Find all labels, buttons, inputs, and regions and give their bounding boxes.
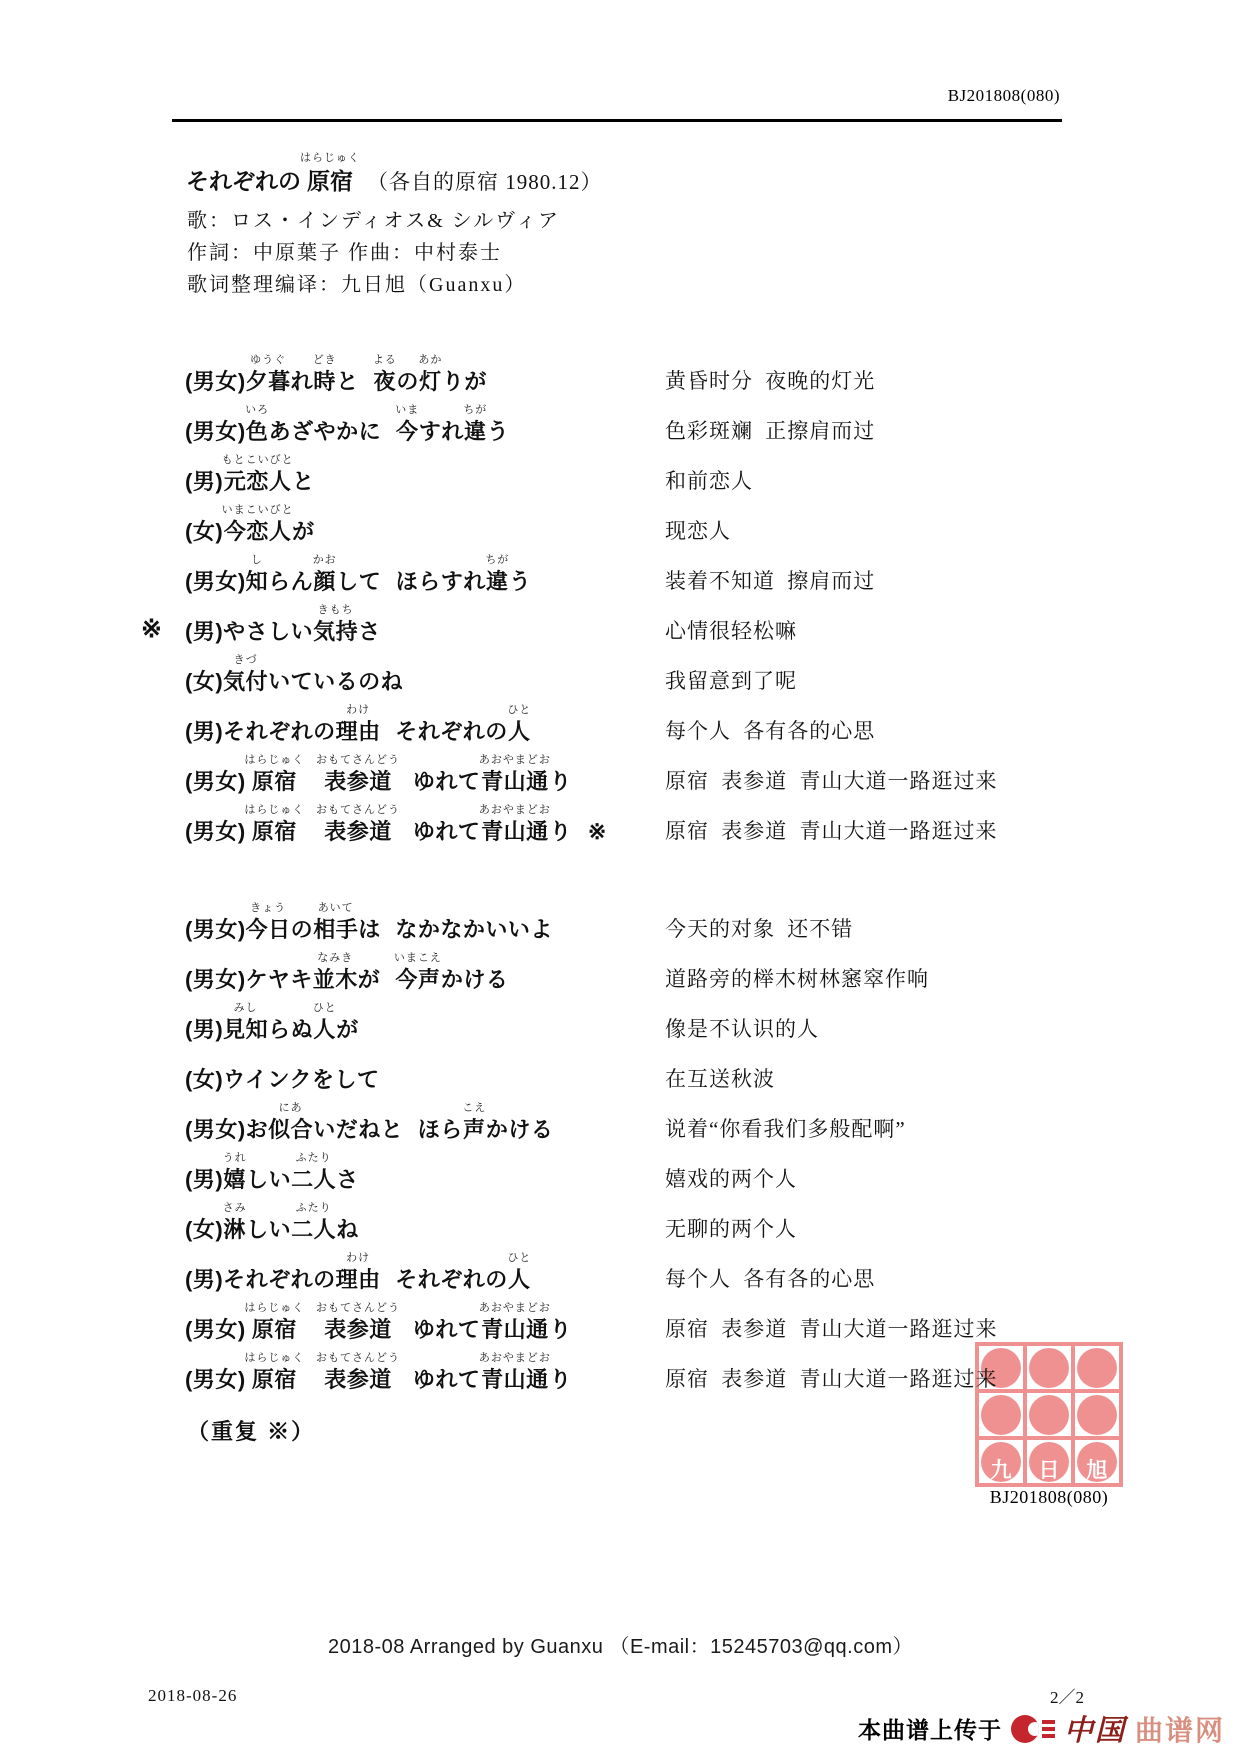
lyric-chinese: 现恋人 bbox=[665, 515, 731, 545]
lyric-chinese: 黄昏时分 夜晚的灯光 bbox=[665, 365, 875, 395]
repeat-note: （重复 ※） bbox=[187, 1415, 315, 1446]
lyric-japanese: (女)きづ気付いているのね bbox=[185, 665, 403, 696]
lyric-text-segment: かける bbox=[486, 1117, 554, 1142]
site-name-rest: 曲谱网 bbox=[1135, 1709, 1225, 1749]
lyric-chinese: 像是不认识的人 bbox=[665, 1013, 819, 1043]
lyric-text-segment: さ bbox=[336, 1167, 359, 1192]
ruby-segment: あおやまどお青山通 bbox=[480, 1363, 549, 1394]
stamp-cell bbox=[1027, 1393, 1071, 1436]
stamp-dot bbox=[1029, 1395, 1069, 1435]
furigana: おもてさんどう bbox=[316, 751, 400, 767]
lyric-text-segment: しい bbox=[246, 1217, 291, 1242]
lyric-text-segment: らぬ bbox=[268, 1017, 313, 1042]
ruby-segment: みし見知 bbox=[223, 1013, 268, 1044]
lyric-text-segment: (女) bbox=[185, 519, 223, 544]
stamp-code: BJ201808(080) bbox=[967, 1487, 1131, 1508]
lyric-text-segment: う bbox=[509, 569, 532, 594]
furigana: いまこいびと bbox=[222, 501, 294, 517]
furigana: おもてさんどう bbox=[316, 1349, 400, 1365]
ruby-segment: ちが違 bbox=[486, 565, 509, 596]
lyric-chinese: 色彩斑斓 正擦肩而过 bbox=[665, 415, 875, 445]
stamp-char: 旭 bbox=[1087, 1458, 1108, 1483]
lyric-row: (男女)はらじゅく原宿 おもてさんどう表参道 ゆれてあおやまどお青山通り※原宿 … bbox=[185, 800, 1225, 850]
ruby-segment: よる夜 bbox=[373, 365, 396, 396]
lyric-text-segment: いているのね bbox=[268, 669, 403, 694]
lyric-row: (男)それぞれのわけ理由 それぞれのひと人每个人 各有各的心思 bbox=[185, 1248, 1225, 1298]
lyric-japanese: (男女)ケヤキなみき並木が いまこえ今声かける bbox=[185, 963, 508, 994]
ruby-segment: こえ声 bbox=[463, 1113, 486, 1144]
lyric-text-segment: ウインクをして bbox=[223, 1067, 379, 1092]
furigana: ゆうぐ bbox=[250, 351, 286, 367]
lyric-text-segment: が bbox=[336, 1017, 359, 1042]
lyric-chinese: 原宿 表参道 青山大道一路逛过来 bbox=[665, 1313, 998, 1343]
lyric-text-segment: して ほらすれ bbox=[336, 569, 486, 594]
lyric-text-segment: (女) bbox=[185, 1217, 223, 1242]
ruby-segment: わけ理由 bbox=[336, 715, 381, 746]
furigana: どき bbox=[313, 351, 337, 367]
lyric-text-segment bbox=[303, 1317, 318, 1342]
lyric-text-segment: り bbox=[549, 769, 572, 794]
ruby-segment: はらじゅく原宿 bbox=[246, 1363, 304, 1394]
ruby-segment: おもてさんどう表参道 bbox=[318, 1313, 399, 1344]
ruby-segment: はらじゅく原宿 bbox=[246, 1313, 304, 1344]
lyric-chinese: 和前恋人 bbox=[665, 465, 753, 495]
furigana: はらじゅく bbox=[244, 1349, 304, 1365]
lyric-row: (男)それぞれのわけ理由 それぞれのひと人每个人 各有各的心思 bbox=[185, 700, 1225, 750]
ruby-segment: おもてさんどう表参道 bbox=[318, 1363, 399, 1394]
lyric-chinese: 原宿 表参道 青山大道一路逛过来 bbox=[665, 815, 998, 845]
lyric-text-segment: かける bbox=[441, 967, 509, 992]
furigana: こえ bbox=[462, 1099, 486, 1115]
lyric-japanese: (男)うれ嬉しいふたり二人さ bbox=[185, 1163, 359, 1194]
lyric-chinese: 每个人 各有各的心思 bbox=[665, 1263, 875, 1293]
furigana: ちが bbox=[463, 401, 487, 417]
furigana: にあ bbox=[279, 1099, 303, 1115]
furigana: ふたり bbox=[296, 1199, 332, 1215]
lyric-row: (男女)はらじゅく原宿 おもてさんどう表参道 ゆれてあおやまどお青山通り原宿 表… bbox=[185, 1298, 1225, 1348]
lyric-text-segment: (男女) bbox=[185, 967, 246, 992]
furigana: うれ bbox=[223, 1149, 247, 1165]
ruby-segment: あか灯 bbox=[419, 365, 442, 396]
lyric-text-segment: (男女) bbox=[185, 819, 246, 844]
lyric-text-segment: (男) bbox=[185, 619, 223, 644]
furigana: あおやまどお bbox=[479, 1299, 551, 1315]
ruby-segment: あおやまどお青山通 bbox=[480, 1313, 549, 1344]
lyric-text-segment: ね bbox=[336, 1217, 359, 1242]
ruby-segment: はらじゅく原宿 bbox=[246, 765, 304, 796]
lyric-text-segment: (男) bbox=[185, 469, 223, 494]
furigana: あか bbox=[418, 351, 442, 367]
lyric-row: (男)みし見知らぬひと人が像是不认识的人 bbox=[185, 998, 1225, 1048]
lyric-text-segment: それぞれの bbox=[381, 1267, 508, 1292]
stamp-char: 日 bbox=[1039, 1458, 1060, 1483]
ruby-segment: なみき並木 bbox=[313, 963, 358, 994]
ruby-segment: おもてさんどう表参道 bbox=[318, 815, 399, 846]
furigana: きもち bbox=[318, 601, 354, 617]
ruby-segment: ふたり二人 bbox=[291, 1213, 336, 1244]
lyric-japanese: (男)みし見知らぬひと人が bbox=[185, 1013, 359, 1044]
lyric-text-segment: ゆれて bbox=[398, 769, 480, 794]
lyric-text-segment: (男) bbox=[185, 719, 223, 744]
site-credit-line: 本曲谱上传于 中国 曲谱网 bbox=[858, 1708, 1225, 1749]
furigana: あおやまどお bbox=[479, 1349, 551, 1365]
furigana: ひと bbox=[507, 701, 531, 717]
ruby-segment: きづ気付 bbox=[223, 665, 268, 696]
furigana: かお bbox=[313, 551, 337, 567]
lyric-row: (男女)ゆうぐ夕暮れどき時と よる夜のあか灯りが黄昏时分 夜晚的灯光 bbox=[185, 350, 1225, 400]
lyric-chinese: 每个人 各有各的心思 bbox=[665, 715, 875, 745]
logo-disc-icon bbox=[1011, 1715, 1039, 1743]
lyric-chinese: 今天的对象 还不错 bbox=[665, 913, 853, 943]
lyric-text-segment: りが bbox=[442, 369, 487, 394]
ruby-segment: いま今 bbox=[396, 415, 419, 446]
ruby-segment: かお顔 bbox=[313, 565, 336, 596]
lyric-text-segment: と bbox=[292, 469, 315, 494]
arranged-by-line: 2018-08 Arranged by Guanxu （E-mail：15245… bbox=[0, 1630, 1241, 1659]
lyric-chinese: 嬉戏的两个人 bbox=[665, 1163, 797, 1193]
lyric-japanese: (男女)いろ色あざやかに いま今すれちが違う bbox=[185, 415, 509, 446]
lyric-text-segment: (男女) bbox=[185, 419, 246, 444]
lyric-japanese: (男女)おにあ似合いだねと ほらこえ声かける bbox=[185, 1113, 553, 1144]
lyric-row: (男女)いろ色あざやかに いま今すれちが違う色彩斑斓 正擦肩而过 bbox=[185, 400, 1225, 450]
lyric-japanese: (男女)はらじゅく原宿 おもてさんどう表参道 ゆれてあおやまどお青山通り bbox=[185, 1313, 572, 1344]
furigana: わけ bbox=[346, 701, 370, 717]
stamp-cell bbox=[1075, 1393, 1119, 1436]
furigana: あおやまどお bbox=[479, 801, 551, 817]
lyric-japanese: (男女)し知らんかお顔して ほらすれちが違う bbox=[185, 565, 531, 596]
ruby-segment: ゆうぐ夕暮 bbox=[246, 365, 291, 396]
stamp-dot bbox=[1077, 1395, 1117, 1435]
furigana: はらじゅく bbox=[244, 751, 304, 767]
lyric-chinese: 装着不知道 擦肩而过 bbox=[665, 565, 875, 595]
lyric-text-segment: らん bbox=[268, 569, 313, 594]
ruby-segment: わけ理由 bbox=[336, 1263, 381, 1294]
furigana: なみき bbox=[317, 949, 353, 965]
furigana: おもてさんどう bbox=[316, 1299, 400, 1315]
lyric-text-segment: と bbox=[336, 369, 373, 394]
credit-translator: 歌词整理编译：九日旭（Guanxu） bbox=[187, 268, 526, 297]
lyric-row: (男女)ケヤキなみき並木が いまこえ今声かける道路旁的榉木树林窸窣作响 bbox=[185, 948, 1225, 998]
lyric-text-segment: さ bbox=[358, 619, 381, 644]
lyric-text-segment: お bbox=[246, 1117, 269, 1142]
ruby-segment: ひと人 bbox=[508, 715, 531, 746]
lyric-text-segment: (男) bbox=[185, 1017, 223, 1042]
lyric-row: (女)いまこいびと今恋人が现恋人 bbox=[185, 500, 1225, 550]
credit-writers: 作詞：中原葉子 作曲：中村泰士 bbox=[187, 236, 502, 265]
lyric-text-segment: (男女) bbox=[185, 569, 246, 594]
ruby-segment: きょう今日 bbox=[246, 913, 291, 944]
furigana: ちが bbox=[485, 551, 509, 567]
lyric-row: (女)さみ淋しいふたり二人ね无聊的两个人 bbox=[185, 1198, 1225, 1248]
ruby-segment: いろ色 bbox=[246, 415, 269, 446]
furigana: もとこいびと bbox=[222, 451, 294, 467]
furigana: し bbox=[251, 551, 263, 567]
lyric-text-segment bbox=[303, 769, 318, 794]
furigana: いま bbox=[395, 401, 419, 417]
lyric-row: (男女)し知らんかお顔して ほらすれちが違う装着不知道 擦肩而过 bbox=[185, 550, 1225, 600]
ruby-segment: さみ淋 bbox=[223, 1213, 246, 1244]
lyric-text-segment: しい bbox=[246, 1167, 291, 1192]
upload-prefix-text: 本曲谱上传于 bbox=[858, 1712, 1002, 1745]
lyric-text-segment: (男女) bbox=[185, 917, 246, 942]
ruby-segment: どき時 bbox=[313, 365, 336, 396]
title-furigana: はらじゅく bbox=[300, 149, 360, 165]
furigana: ひと bbox=[507, 1249, 531, 1265]
lyric-japanese: (男)それぞれのわけ理由 それぞれのひと人 bbox=[185, 715, 531, 746]
lyric-row: (女)きづ気付いているのね我留意到了呢 bbox=[185, 650, 1225, 700]
lyric-row: (男)もとこいびと元恋人と和前恋人 bbox=[185, 450, 1225, 500]
lyric-text-segment: それぞれの bbox=[381, 719, 508, 744]
lyric-text-segment: すれ bbox=[419, 419, 464, 444]
furigana: さみ bbox=[223, 1199, 247, 1215]
lyric-text-segment: (男女) bbox=[185, 1317, 246, 1342]
stamp-cell: 日 bbox=[1027, 1440, 1071, 1483]
title-base: 原宿 bbox=[307, 168, 353, 194]
ruby-segment: ひと人 bbox=[313, 1013, 336, 1044]
site-name-cn: 中国 bbox=[1064, 1708, 1126, 1749]
stamp-cell bbox=[979, 1393, 1023, 1436]
lyric-text-segment: それぞれの bbox=[223, 719, 336, 744]
ruby-segment: あおやまどお青山通 bbox=[480, 765, 549, 796]
lyric-text-segment: いだねと ほら bbox=[313, 1117, 463, 1142]
ruby-segment: いまこいびと今恋人 bbox=[223, 515, 292, 546]
lyric-text-segment: ケヤキ bbox=[246, 967, 313, 992]
footer-date: 2018-08-26 bbox=[148, 1686, 237, 1706]
verse-2: (男女)きょう今日のあいて相手は なかなかいいよ今天的对象 还不错(男女)ケヤキ… bbox=[185, 898, 1225, 1398]
song-title: それぞれのはらじゅく原宿（各自的原宿 1980.12） bbox=[186, 163, 603, 196]
lyric-text-segment bbox=[303, 1367, 318, 1392]
lyric-japanese: (女)ウインクをして bbox=[185, 1063, 380, 1094]
ruby-segment: いまこえ今声 bbox=[395, 963, 441, 994]
furigana: みし bbox=[234, 999, 258, 1015]
lyric-text-segment: (女) bbox=[185, 669, 223, 694]
lyric-text-segment: は なかなかいいよ bbox=[358, 917, 553, 942]
ruby-segment: にあ似合 bbox=[268, 1113, 313, 1144]
lyric-chinese: 说着“你看我们多般配啊” bbox=[665, 1113, 906, 1143]
lyric-text-segment: り bbox=[549, 819, 572, 844]
lyric-text-segment: り bbox=[549, 1317, 572, 1342]
ruby-segment: うれ嬉 bbox=[223, 1163, 246, 1194]
lyric-text-segment: ゆれて bbox=[398, 1317, 480, 1342]
page-number: 2／2 bbox=[1050, 1683, 1084, 1708]
ruby-segment: おもてさんどう表参道 bbox=[318, 765, 399, 796]
lyric-japanese: (男女)はらじゅく原宿 おもてさんどう表参道 ゆれてあおやまどお青山通り bbox=[185, 1363, 572, 1394]
lyric-japanese: (男)もとこいびと元恋人と bbox=[185, 465, 315, 496]
furigana: きづ bbox=[234, 651, 258, 667]
lyric-chinese: 原宿 表参道 青山大道一路逛过来 bbox=[665, 1363, 998, 1393]
logo-bars-icon bbox=[1042, 1720, 1055, 1738]
furigana: あいて bbox=[318, 899, 354, 915]
lyric-chinese: 道路旁的榉木树林窸窣作响 bbox=[665, 963, 929, 993]
ruby-segment: きもち気持 bbox=[313, 615, 358, 646]
furigana: はらじゅく bbox=[244, 801, 304, 817]
lyric-text-segment: (女) bbox=[185, 1067, 223, 1092]
lyric-chinese: 心情很轻松嘛 bbox=[665, 615, 797, 645]
verse-1: (男女)ゆうぐ夕暮れどき時と よる夜のあか灯りが黄昏时分 夜晚的灯光(男女)いろ… bbox=[185, 350, 1225, 850]
lyric-text-segment: (男) bbox=[185, 1267, 223, 1292]
lyric-japanese: (男)それぞれのわけ理由 それぞれのひと人 bbox=[185, 1263, 531, 1294]
furigana: いろ bbox=[245, 401, 269, 417]
lyric-chinese: 我留意到了呢 bbox=[665, 665, 797, 695]
lyric-text-segment: それぞれの bbox=[223, 1267, 336, 1292]
lyric-text-segment: の bbox=[291, 917, 314, 942]
lyric-text-segment bbox=[303, 819, 318, 844]
stamp-char: 九 bbox=[991, 1458, 1012, 1483]
lyric-text-segment: (男女) bbox=[185, 1367, 246, 1392]
lyric-text-segment: ゆれて bbox=[398, 819, 480, 844]
lyric-text-segment: (男女) bbox=[185, 369, 246, 394]
lyric-row: (男女)きょう今日のあいて相手は なかなかいいよ今天的对象 还不错 bbox=[185, 898, 1225, 948]
title-subtitle: （各自的原宿 1980.12） bbox=[367, 170, 603, 194]
lyric-japanese: (男女)ゆうぐ夕暮れどき時と よる夜のあか灯りが bbox=[185, 365, 487, 396]
stamp-dot bbox=[981, 1395, 1021, 1435]
lyric-text-segment: (男女) bbox=[185, 1117, 246, 1142]
lyric-row: (男女)おにあ似合いだねと ほらこえ声かける说着“你看我们多般配啊” bbox=[185, 1098, 1225, 1148]
lyric-row: (男女)はらじゅく原宿 おもてさんどう表参道 ゆれてあおやまどお青山通り原宿 表… bbox=[185, 750, 1225, 800]
stamp-cell: 九 bbox=[979, 1440, 1023, 1483]
furigana: わけ bbox=[346, 1249, 370, 1265]
lyric-text-segment: が bbox=[358, 967, 395, 992]
lyric-japanese: (男女)きょう今日のあいて相手は なかなかいいよ bbox=[185, 913, 553, 944]
lyric-chinese: 原宿 表参道 青山大道一路逛过来 bbox=[665, 765, 998, 795]
document-code-top: BJ201808(080) bbox=[760, 86, 1060, 106]
lyric-text-segment: の bbox=[396, 369, 419, 394]
lyric-chinese: 在互送秋波 bbox=[665, 1063, 775, 1093]
ruby-segment: あいて相手 bbox=[313, 913, 358, 944]
furigana: あおやまどお bbox=[479, 751, 551, 767]
lyric-text-segment: やさしい bbox=[223, 619, 313, 644]
lyric-text-segment: り bbox=[549, 1367, 572, 1392]
ruby-segment: し知 bbox=[246, 565, 269, 596]
furigana: きょう bbox=[250, 899, 286, 915]
ruby-segment: ちが違 bbox=[464, 415, 487, 446]
furigana: よる bbox=[373, 351, 397, 367]
lyric-text-segment: (男女) bbox=[185, 769, 246, 794]
ruby-segment: あおやまどお青山通 bbox=[480, 815, 549, 846]
lyric-japanese: (男女)はらじゅく原宿 おもてさんどう表参道 ゆれてあおやまどお青山通り bbox=[185, 765, 572, 796]
credit-singer: 歌：ロス・インディオス& シルヴィア bbox=[187, 204, 560, 233]
lyric-text-segment: う bbox=[487, 419, 510, 444]
repeat-marker: ※ bbox=[141, 614, 162, 644]
lyric-japanese: (女)いまこいびと今恋人が bbox=[185, 515, 315, 546]
furigana: ふたり bbox=[296, 1149, 332, 1165]
ruby-segment: はらじゅく原宿 bbox=[246, 815, 304, 846]
lyric-row: ※(男)やさしいきもち気持さ心情很轻松嘛 bbox=[185, 600, 1225, 650]
lyric-sheet-page: BJ201808(080) それぞれのはらじゅく原宿（各自的原宿 1980.12… bbox=[0, 0, 1241, 1755]
furigana: いまこえ bbox=[394, 949, 442, 965]
site-logo-icon bbox=[1011, 1715, 1055, 1743]
lyric-text-segment: れ bbox=[291, 369, 314, 394]
header-rule bbox=[172, 119, 1062, 122]
ruby-segment: ふたり二人 bbox=[291, 1163, 336, 1194]
repeat-marker: ※ bbox=[588, 819, 607, 844]
lyric-japanese: (男女)はらじゅく原宿 おもてさんどう表参道 ゆれてあおやまどお青山通り※ bbox=[185, 815, 607, 846]
lyric-text-segment: あざやかに bbox=[269, 419, 396, 444]
lyric-text-segment: が bbox=[292, 519, 315, 544]
furigana: おもてさんどう bbox=[316, 801, 400, 817]
title-pre: それぞれの bbox=[186, 168, 301, 194]
lyric-text-segment: (男) bbox=[185, 1167, 223, 1192]
lyric-row: (男)うれ嬉しいふたり二人さ嬉戏的两个人 bbox=[185, 1148, 1225, 1198]
lyric-chinese: 无聊的两个人 bbox=[665, 1213, 797, 1243]
title-ruby-base: はらじゅく原宿 bbox=[301, 163, 359, 196]
ruby-segment: もとこいびと元恋人 bbox=[223, 465, 292, 496]
lyric-japanese: (男)やさしいきもち気持さ bbox=[185, 615, 381, 646]
furigana: はらじゅく bbox=[244, 1299, 304, 1315]
ruby-segment: ひと人 bbox=[508, 1263, 531, 1294]
lyric-japanese: (女)さみ淋しいふたり二人ね bbox=[185, 1213, 359, 1244]
furigana: ひと bbox=[313, 999, 337, 1015]
lyric-text-segment: ゆれて bbox=[398, 1367, 480, 1392]
stamp-cell: 旭 bbox=[1075, 1440, 1119, 1483]
lyric-row: (女)ウインクをして在互送秋波 bbox=[185, 1048, 1225, 1098]
lyric-row: (男女)はらじゅく原宿 おもてさんどう表参道 ゆれてあおやまどお青山通り原宿 表… bbox=[185, 1348, 1225, 1398]
